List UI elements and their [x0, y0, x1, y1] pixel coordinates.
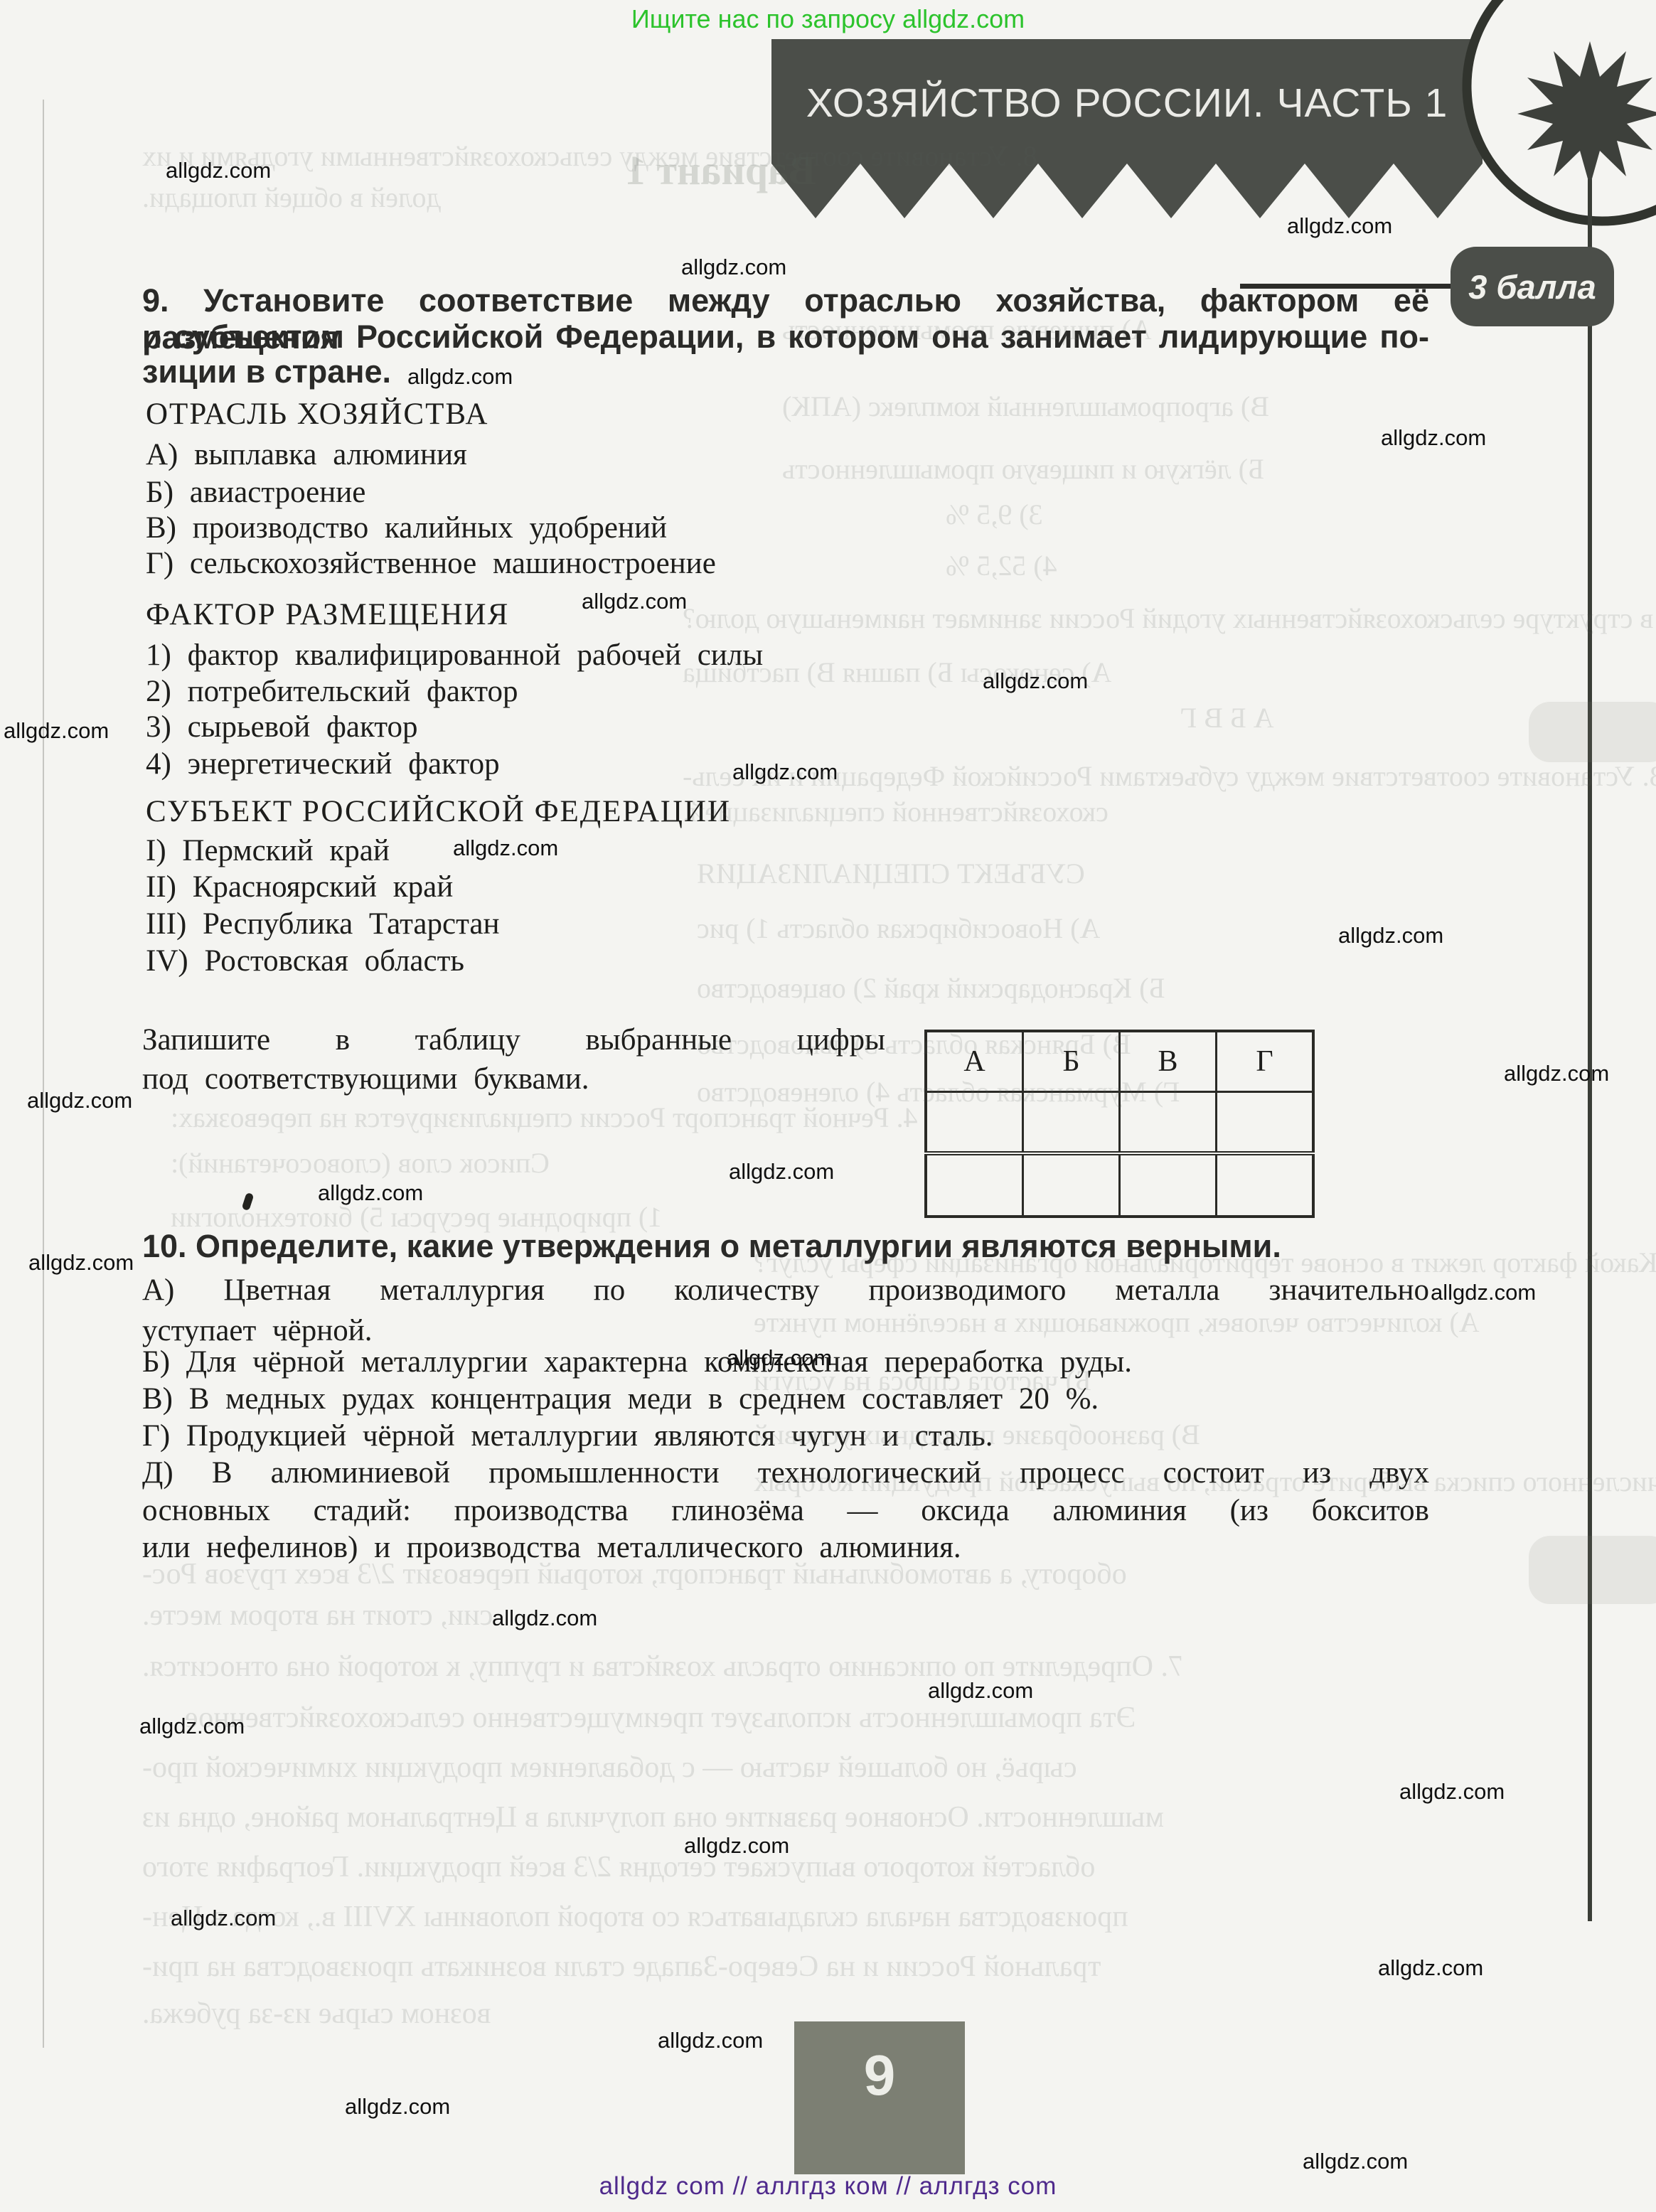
watermark: allgdz.com [27, 1088, 132, 1113]
bleedthrough-text: сырьё, но большей частью — с добавлением… [142, 1751, 1077, 1785]
bleedthrough-text: 1) природные ресурсы 5) биотехнологии [171, 1200, 662, 1234]
answer-cell [926, 1153, 1023, 1217]
list-item: 3) сырьевой фактор [146, 710, 418, 744]
bleedthrough-text: областей которого выпускает сегодня 2/3 … [142, 1850, 1095, 1884]
bleedthrough-text: В) Брянская область 3) льноводство [697, 1027, 1131, 1061]
bleedthrough-text: А) количество человек, проживающих в нас… [754, 1305, 1480, 1339]
bleedthrough-text: В) разнообразие природных условий [754, 1418, 1200, 1451]
bleedthrough-text: Эта промышленность использует преимущест… [185, 1701, 1136, 1735]
q9-section3-title: СУБЪЕКТ РОССИЙСКОЙ ФЕДЕРАЦИИ [146, 794, 731, 829]
watermark: allgdz.com [729, 1159, 834, 1185]
banner-ribbon [771, 39, 1483, 218]
watermark: allgdz.com [681, 255, 786, 280]
score-badge: 3 балла [1451, 247, 1614, 326]
bleedthrough-text: А Б В Г [1180, 701, 1274, 734]
list-item: IV) Ростовская область [146, 944, 464, 978]
bleedthrough-text: Вариант 1 [626, 146, 816, 194]
bleedthrough-text: 4) 52,5 % [946, 549, 1057, 582]
answer-cell [1120, 1153, 1217, 1217]
site-footer: allgdz com // аллгдз ком // аллгдз com [0, 2172, 1656, 2201]
list-item: 2) потребительский фактор [146, 674, 518, 709]
bleedthrough-text: Б) лёгкую и пищевую промышленность [782, 452, 1264, 486]
bleed-band [1529, 702, 1656, 762]
workbook-page-scan: Ищите нас по запросу allgdz.com ХОЗЯЙСТВ… [0, 0, 1656, 2212]
watermark: allgdz.com [1378, 1955, 1483, 1981]
page-number: 9 [794, 2043, 965, 2108]
bleed-band [1529, 1536, 1656, 1604]
q9-section2-title: ФАКТОР РАЗМЕЩЕНИЯ [146, 597, 509, 632]
list-item: Г) сельскохозяйственное машиностроение [146, 546, 716, 581]
list-item: Б) авиастроение [146, 475, 365, 510]
bleedthrough-text: В) агропромышленный комплекс (АПК) [782, 390, 1269, 423]
watermark: allgdz.com [582, 589, 687, 614]
watermark: allgdz.com [345, 2094, 450, 2120]
bleedthrough-text: А) сенокосы Б) пашня В) пастбища [683, 656, 1111, 689]
watermark: allgdz.com [1431, 1280, 1536, 1305]
q9-section1-title: ОТРАСЛЬ ХОЗЯЙСТВА [146, 397, 488, 432]
chapter-title: ХОЗЯЙСТВО РОССИИ. ЧАСТЬ 1 [771, 80, 1483, 127]
list-item: II) Красноярский край [146, 870, 453, 904]
bleedthrough-text: обороту, а автомобильный транспорт, кото… [142, 1557, 1127, 1591]
watermark: allgdz.com [1287, 213, 1392, 239]
bleedthrough-text: А) пищевую промышленность [782, 313, 1152, 346]
bleedthrough-text: возном сырье из-за рубежа. [142, 1997, 491, 2031]
watermark: allgdz.com [453, 835, 558, 861]
bleedthrough-text: Б) Краснодарский край 2) овцеводство [697, 971, 1165, 1005]
bleedthrough-text: СУБЪЕКТ СПЕЦИАЛИЗАЦИЯ [697, 857, 1085, 890]
bleedthrough-text: 2. Что в структуре сельскохозяйственных … [683, 602, 1656, 635]
bleedthrough-text: тральной России и на Северо-Западе стали… [142, 1950, 1101, 1984]
watermark: allgdz.com [1338, 923, 1443, 949]
watermark: allgdz.com [658, 2028, 763, 2053]
bleedthrough-text: 8. Установите соответствие между сельско… [142, 139, 1037, 173]
watermark: allgdz.com [4, 718, 109, 744]
bleedthrough-text: Б) частота спроса на услуги [754, 1364, 1091, 1397]
watermark: allgdz.com [492, 1605, 597, 1631]
watermark: allgdz.com [1504, 1061, 1609, 1086]
bleedthrough-text: А) Новосибирская область 1) рис [697, 912, 1100, 945]
list-item: I) Пермский край [146, 833, 390, 868]
page-number-block: 9 [794, 2021, 965, 2174]
answer-cell [1217, 1092, 1314, 1154]
list-item: В) производство калийных удобрений [146, 511, 667, 545]
bleedthrough-text: 4. Речной транспорт России специализируе… [171, 1101, 918, 1134]
page-fold-crease [43, 100, 44, 2048]
bleedthrough-text: долей в общей площади. [142, 181, 441, 214]
margin-rule-line [1588, 179, 1592, 1921]
bleedthrough-text: производства начала складываться со втор… [142, 1900, 1128, 1934]
score-badge-label: 3 балла [1468, 267, 1596, 306]
bleedthrough-text: мышленности. Основное развитие она получ… [142, 1800, 1164, 1834]
q10-option-d-line2: основных стадий: производства глинозёма … [142, 1493, 1429, 1528]
watermark: allgdz.com [28, 1250, 134, 1276]
watermark: allgdz.com [407, 364, 513, 390]
bleedthrough-text: 3. Установите соответствие между субъект… [683, 759, 1656, 793]
watermark: allgdz.com [1303, 2149, 1408, 2174]
q9-instruction-line2: под соответствующими буквами. [142, 1062, 589, 1096]
bleedthrough-text: скохозяйственной специализацией. [683, 795, 1109, 828]
bleedthrough-text: 5. Какой фактор лежит в основе территори… [754, 1246, 1656, 1279]
watermark: allgdz.com [1381, 425, 1486, 451]
answer-cell [1023, 1153, 1120, 1217]
bleedthrough-text: 7. Определите по описанию отрасль хозяйс… [142, 1650, 1183, 1684]
bleedthrough-text: Список слов (словосочетаний): [171, 1146, 550, 1180]
answer-table-row [926, 1153, 1313, 1217]
watermark: allgdz.com [1399, 1779, 1505, 1805]
bleedthrough-text: 6. Из перечисленного списка выберите отр… [754, 1465, 1656, 1498]
list-item: III) Республика Татарстан [146, 907, 499, 941]
answer-table-header-cell: Г [1217, 1031, 1314, 1092]
list-item: 1) фактор квалифицированной рабочей силы [146, 638, 763, 673]
answer-cell [1217, 1153, 1314, 1217]
q10-option-a-line2: уступает чёрной. [142, 1313, 373, 1348]
q9-text-line3: зиции в стране. [142, 354, 391, 390]
list-item: А) выплавка алюминия [146, 437, 467, 472]
list-item: 4) энергетический фактор [146, 747, 500, 781]
bleedthrough-text: сии, стоит на втором месте. [142, 1598, 493, 1633]
bleedthrough-text: 3) 9,5 % [946, 498, 1043, 531]
